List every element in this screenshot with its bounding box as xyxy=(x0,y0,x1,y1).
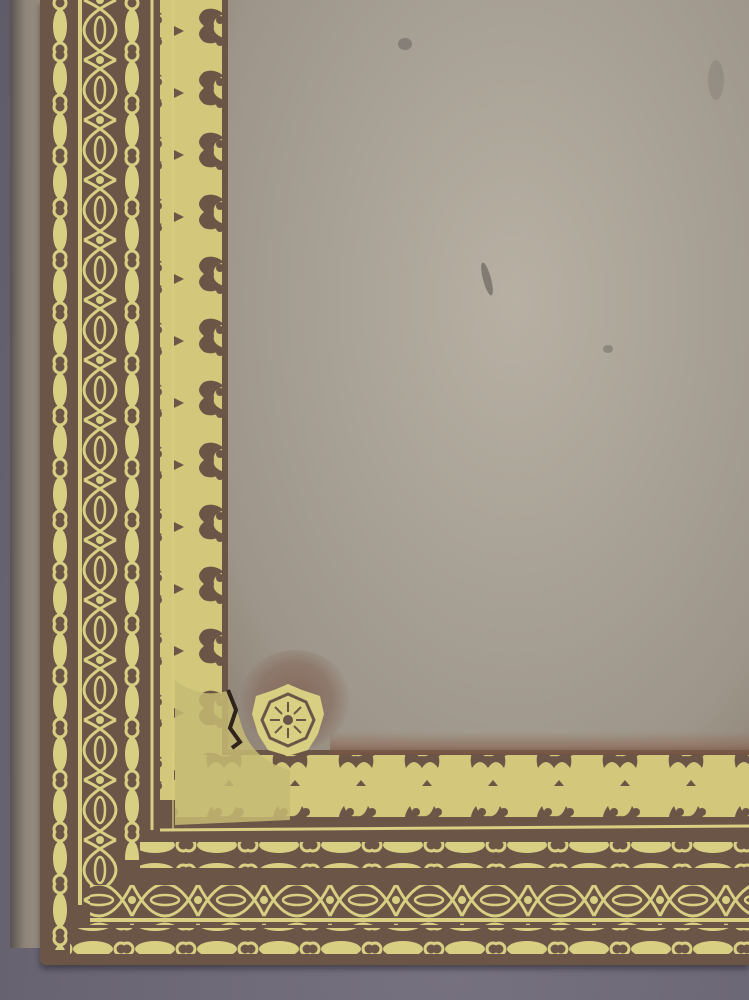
inner-oval-chain-horizontal xyxy=(140,842,749,868)
interlace-band-vertical xyxy=(78,0,118,905)
trefoil-frieze-vertical xyxy=(160,0,222,800)
interlace-band-horizontal xyxy=(90,885,749,925)
corner-rosette xyxy=(252,684,324,756)
outer-oval-chain-vertical xyxy=(50,0,74,950)
outer-oval-chain-horizontal xyxy=(70,928,749,954)
gilt-tooling-ornament xyxy=(0,0,749,1000)
inner-oval-chain-vertical xyxy=(122,0,146,860)
